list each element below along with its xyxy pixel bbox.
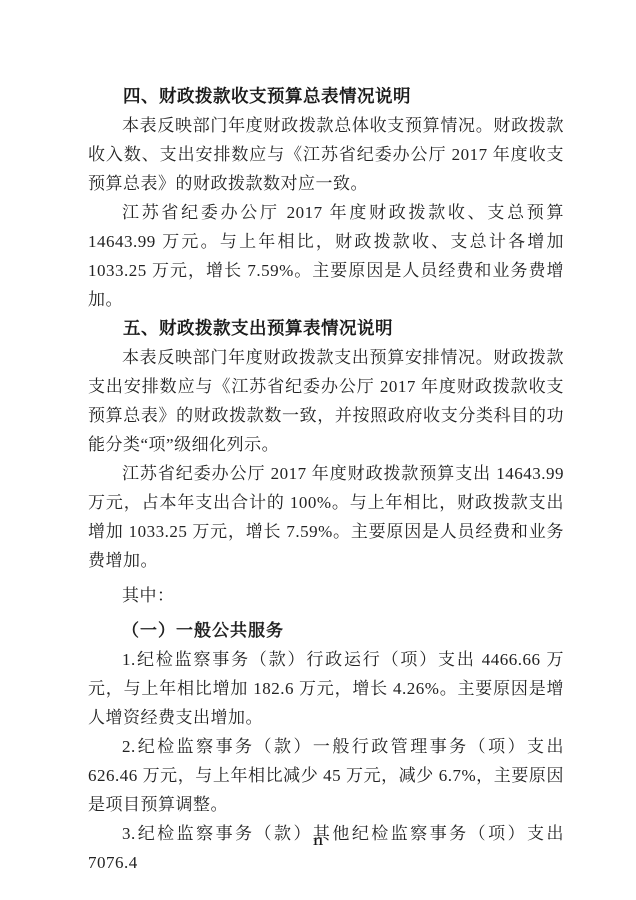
section-heading-5: 五、财政拨款支出预算表情况说明: [88, 314, 564, 343]
paragraph: 江苏省纪委办公厅 2017 年度财政拨款收、支总预算 14643.99 万元。与…: [88, 198, 564, 314]
paragraph: 本表反映部门年度财政拨款支出预算安排情况。财政拨款支出安排数应与《江苏省纪委办公…: [88, 343, 564, 459]
subsection-heading-general-public-services: （一）一般公共服务: [88, 616, 564, 645]
paragraph-qizhong: 其中：: [88, 581, 564, 610]
document-body: 四、财政拨款收支预算总表情况说明 本表反映部门年度财政拨款总体收支预算情况。财政…: [88, 82, 564, 877]
paragraph: 江苏省纪委办公厅 2017 年度财政拨款预算支出 14643.99 万元，占本年…: [88, 459, 564, 575]
section-heading-4: 四、财政拨款收支预算总表情况说明: [88, 82, 564, 111]
page-number: 11: [0, 834, 636, 849]
paragraph-item-2: 2.纪检监察事务（款）一般行政管理事务（项）支出 626.46 万元，与上年相比…: [88, 732, 564, 819]
paragraph: 本表反映部门年度财政拨款总体收支预算情况。财政拨款收入数、支出安排数应与《江苏省…: [88, 111, 564, 198]
paragraph-item-1: 1.纪检监察事务（款）行政运行（项）支出 4466.66 万元，与上年相比增加 …: [88, 645, 564, 732]
document-page: 四、财政拨款收支预算总表情况说明 本表反映部门年度财政拨款总体收支预算情况。财政…: [0, 0, 636, 900]
